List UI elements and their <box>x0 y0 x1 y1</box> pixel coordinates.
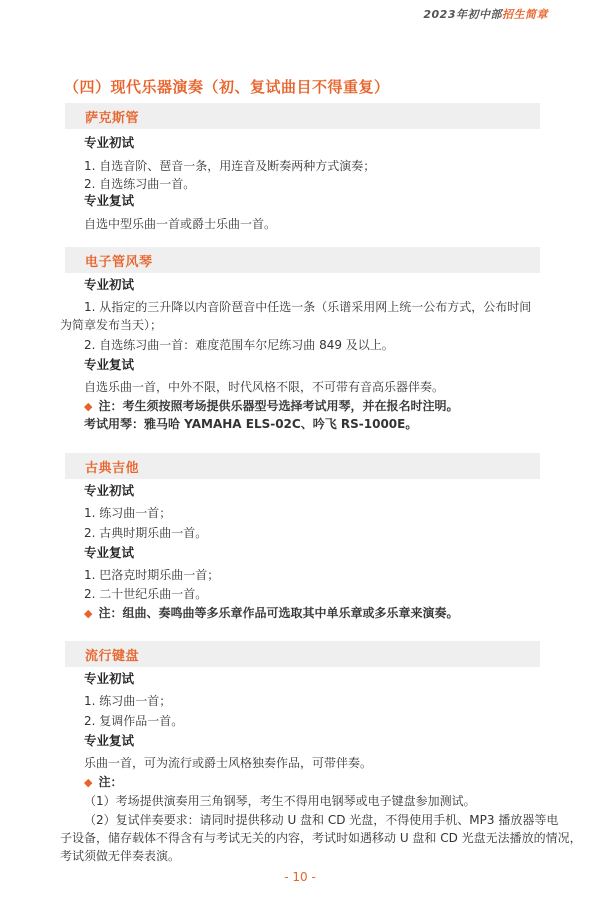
diamond-bullet-icon: ◆ <box>84 776 92 789</box>
section-header: 电子管风琴 <box>65 247 540 273</box>
list-item: 2. 自选练习曲一首。 <box>84 175 195 193</box>
note: ◆注： <box>84 773 122 792</box>
list-item: 1. 从指定的三升降以内音阶琶音中任选一条（乐谱采用网上统一公布方式，公布时间 <box>84 298 531 316</box>
note-item-continued: 子设备，储存载体不得含有与考试无关的内容，考试时如遇移动 U 盘和 CD 光盘无… <box>60 829 582 847</box>
list-item: 乐曲一首，可为流行或爵士风格独奏作品，可带伴奏。 <box>84 754 372 772</box>
note-text: 注： <box>98 775 122 789</box>
section-header: 流行键盘 <box>65 641 540 667</box>
page-title: （四）现代乐器演奏（初、复试曲目不得重复） <box>64 76 390 97</box>
section-header: 古典吉他 <box>65 453 540 479</box>
section-header: 萨克斯管 <box>65 103 540 129</box>
list-item: 2. 二十世纪乐曲一首。 <box>84 585 207 603</box>
note-item-continued: 考试须做无伴奏表演。 <box>60 847 180 865</box>
initial-exam-label: 专业初试 <box>84 482 134 500</box>
list-item: 1. 练习曲一首； <box>84 692 171 710</box>
header-prefix: 2023年初中部 <box>423 8 502 21</box>
list-item: 1. 巴洛克时期乐曲一首； <box>84 566 219 584</box>
section-title: 电子管风琴 <box>85 251 153 270</box>
instrument-models: 考试用琴：雅马哈 YAMAHA ELS-02C、吟飞 RS-1000E。 <box>84 415 417 433</box>
list-item-continued: 为简章发布当天）； <box>60 316 162 334</box>
list-item: 2. 自选练习曲一首：难度范围车尔尼练习曲 849 及以上。 <box>84 336 394 354</box>
note: ◆注：组曲、奏鸣曲等多乐章作品可选取其中单乐章或多乐章来演奏。 <box>84 604 458 623</box>
header-accent: 招生简章 <box>502 8 548 21</box>
list-item: 2. 古典时期乐曲一首。 <box>84 524 207 542</box>
note-item: （2）复试伴奏要求：请同时提供移动 U 盘和 CD 光盘，不得使用手机、MP3 … <box>84 811 558 829</box>
note-text: 注：组曲、奏鸣曲等多乐章作品可选取其中单乐章或多乐章来演奏。 <box>98 606 458 620</box>
list-item: 1. 自选音阶、琶音一条，用连音及断奏两种方式演奏； <box>84 157 375 175</box>
list-item: 自选中型乐曲一首或爵士乐曲一首。 <box>84 215 276 233</box>
running-header: 2023年初中部招生简章 <box>423 6 548 22</box>
page-number: - 10 - <box>0 870 600 884</box>
list-item: 自选乐曲一首，中外不限，时代风格不限，不可带有音高乐器伴奏。 <box>84 378 444 396</box>
list-item: 1. 练习曲一首； <box>84 504 171 522</box>
diamond-bullet-icon: ◆ <box>84 400 92 413</box>
note-item: （1）考场提供演奏用三角钢琴，考生不得用电钢琴或电子键盘参加测试。 <box>84 792 476 810</box>
list-item: 2. 复调作品一首。 <box>84 712 183 730</box>
final-exam-label: 专业复试 <box>84 544 134 562</box>
diamond-bullet-icon: ◆ <box>84 607 92 620</box>
initial-exam-label: 专业初试 <box>84 134 134 152</box>
note: ◆注：考生须按照考场提供乐器型号选择考试用琴，并在报名时注明。 <box>84 397 458 416</box>
final-exam-label: 专业复试 <box>84 732 134 750</box>
section-title: 流行键盘 <box>85 645 139 664</box>
final-exam-label: 专业复试 <box>84 192 134 210</box>
final-exam-label: 专业复试 <box>84 356 134 374</box>
initial-exam-label: 专业初试 <box>84 670 134 688</box>
section-title: 萨克斯管 <box>85 107 139 126</box>
section-title: 古典吉他 <box>85 457 139 476</box>
initial-exam-label: 专业初试 <box>84 276 134 294</box>
note-text: 注：考生须按照考场提供乐器型号选择考试用琴，并在报名时注明。 <box>98 399 458 413</box>
